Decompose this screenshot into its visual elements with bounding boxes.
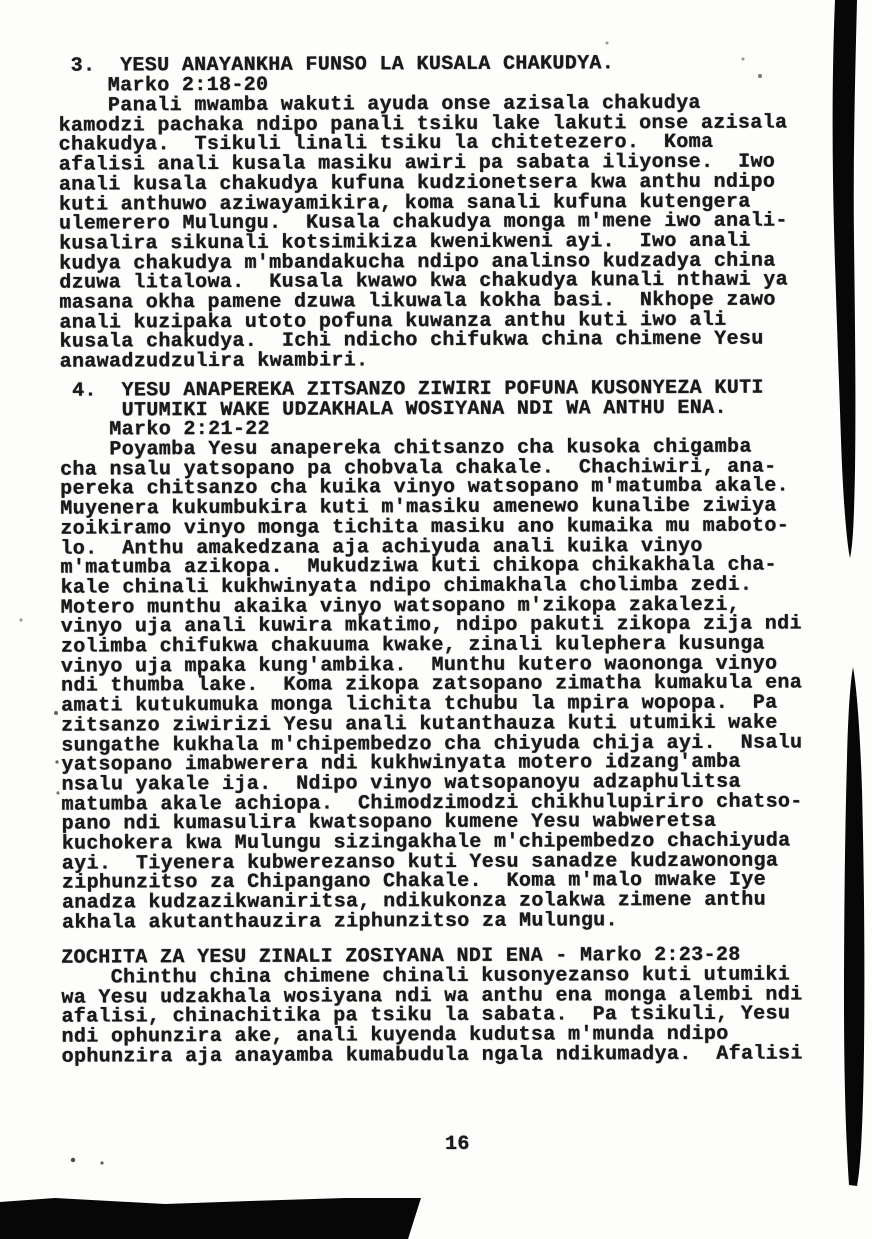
section-3-paragraph: Panali mwamba wakuti ayuda onse azisala …	[58, 93, 788, 372]
section-4-paragraph: Poyamba Yesu anapereka chitsanzo cha kus…	[60, 437, 803, 933]
text-layer: 3. YESU ANAYANKHA FUNSO LA KUSALA CHAKUD…	[0, 0, 872, 1239]
section-zochita-paragraph: Chinthu china chimene chinali kusonyezan…	[61, 965, 803, 1067]
scanned-page: 3. YESU ANAYANKHA FUNSO LA KUSALA CHAKUD…	[0, 0, 872, 1239]
page-number: 16	[445, 1135, 470, 1155]
section-4-heading: 4. YESU ANAPEREKA ZITSANZO ZIWIRI POFUNA…	[60, 379, 764, 441]
section-3-heading: 3. YESU ANAYANKHA FUNSO LA KUSALA CHAKUD…	[58, 54, 614, 96]
